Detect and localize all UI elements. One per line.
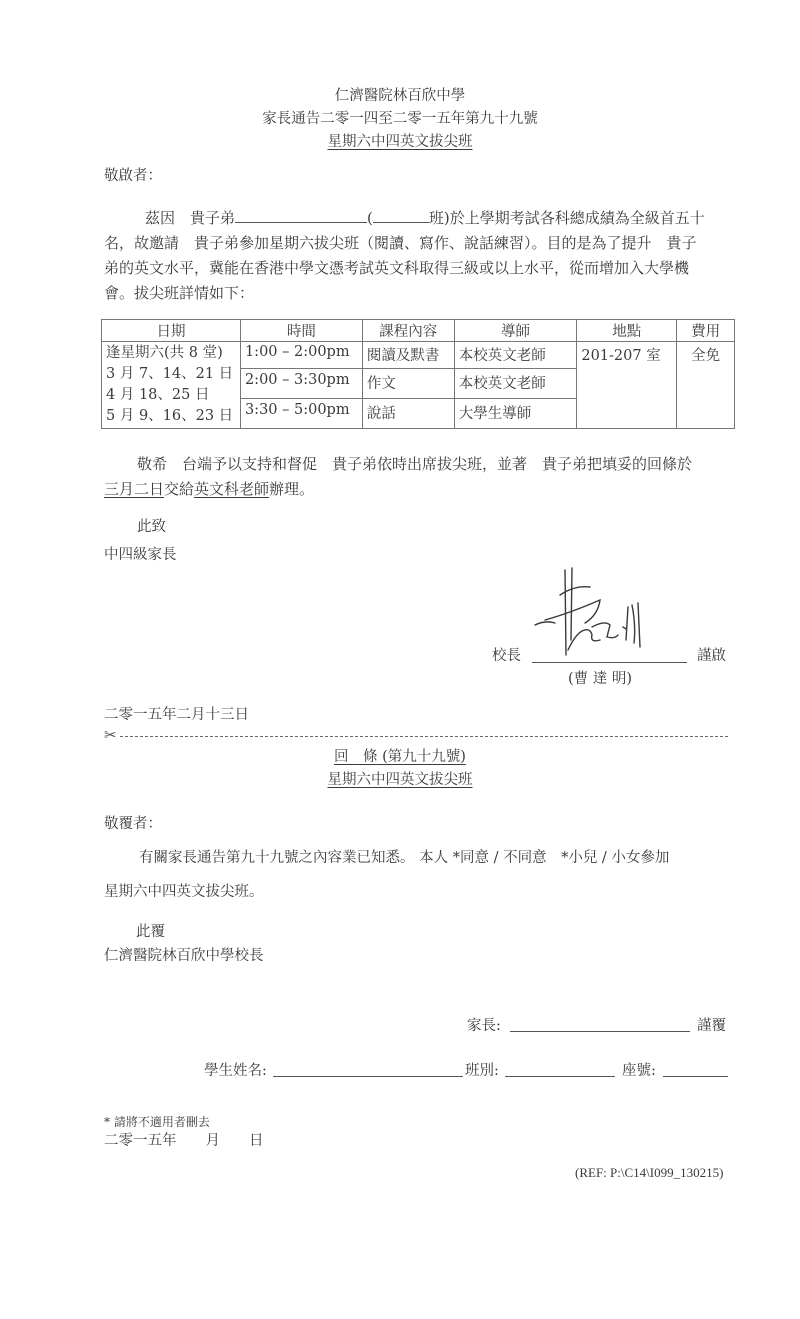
reply-title-text: 回 條 (第九十九號): [334, 749, 466, 765]
parent-signature-field[interactable]: [510, 1031, 690, 1032]
reply-salutation: 敬覆者：: [104, 814, 162, 834]
reply-date-line: 二零一五年 月 日: [104, 1131, 264, 1151]
reply-addressee: 仁濟醫院林百欣中學校長: [104, 946, 264, 966]
notice-subject-text: 星期六中四英文拔尖班: [328, 134, 473, 150]
reference-code: (REF: P:\C14\I099_130215): [575, 1165, 723, 1181]
principal-name: (曹 達 明): [568, 669, 632, 689]
table-row: 逢星期六(共 8 堂) 3 月 7、14、21 日 4 月 18、25 日 5 …: [102, 342, 735, 369]
reply-subject-text: 星期六中四英文拔尖班: [328, 772, 473, 788]
signature-line: [532, 662, 687, 663]
principal-title: 校長: [492, 646, 521, 666]
reply-body-line2: 星期六中四英文拔尖班。: [104, 882, 264, 902]
reply-body-line1: 有關家長通告第九十九號之內容業已知悉。 本人 *同意 / 不同意 *小兒 / 小…: [139, 848, 669, 868]
content-cell: 說話: [362, 399, 454, 429]
para1-line2: 名，故邀請 貴子弟參加星期六拔尖班（閱讀、寫作、說話練習）。目的是為了提升 貴子: [104, 233, 697, 253]
reply-subject: 星期六中四英文拔尖班: [0, 770, 800, 790]
content-cell: 作文: [362, 369, 454, 399]
class-blank: [373, 208, 429, 223]
tutor-cell: 本校英文老師: [454, 342, 577, 369]
student-name-blank: [235, 208, 367, 223]
content-cell: 閱讀及默書: [362, 342, 454, 369]
date-line: 3 月 7、14、21 日: [106, 364, 236, 385]
header-date: 日期: [102, 320, 241, 342]
date-line: 4 月 18、25 日: [106, 385, 236, 406]
para2-mid: 交給: [164, 480, 194, 498]
deadline: 三月二日: [104, 480, 164, 498]
tutor-cell: 本校英文老師: [454, 369, 577, 399]
date-line: 逢星期六(共 8 堂): [106, 343, 236, 364]
dates-cell: 逢星期六(共 8 堂) 3 月 7、14、21 日 4 月 18、25 日 5 …: [102, 342, 241, 429]
cut-line: [120, 736, 728, 737]
para1-intro: 茲因 貴子弟: [145, 209, 235, 227]
time-cell: 2:00 – 3:30pm: [240, 369, 362, 399]
salutation: 敬啟者：: [104, 166, 162, 186]
table-header-row: 日期 時間 課程內容 導師 地點 費用: [102, 320, 735, 342]
time-cell: 3:30 – 5:00pm: [240, 399, 362, 429]
para2-line2: 三月二日交給英文科老師辦理。: [104, 479, 314, 499]
signature-icon: [530, 565, 690, 660]
seat-no-field[interactable]: [663, 1076, 728, 1077]
reply-title: 回 條 (第九十九號): [0, 747, 800, 767]
time-cell: 1:00 – 2:00pm: [240, 342, 362, 369]
para1-line1: 茲因 貴子弟(班)於上學期考試各科總成績為全級首五十: [145, 208, 705, 228]
header-time: 時間: [240, 320, 362, 342]
addressee: 中四級家長: [104, 545, 177, 565]
fee-cell: 全免: [677, 342, 735, 429]
header-content: 課程內容: [362, 320, 454, 342]
para1-line3: 弟的英文水平，冀能在香港中學文憑考試英文科取得三級或以上水平，從而增加入大學機: [104, 258, 689, 278]
schedule-table: 日期 時間 課程內容 導師 地點 費用 逢星期六(共 8 堂) 3 月 7、14…: [101, 319, 735, 429]
reply-closing: 此覆: [136, 922, 165, 942]
scissors-icon: ✂: [104, 727, 117, 743]
signer-suffix: 謹啟: [697, 646, 726, 666]
header-tutor: 導師: [454, 320, 577, 342]
header-venue: 地點: [577, 320, 677, 342]
venue-cell: 201-207 室: [577, 342, 677, 429]
tutor-cell: 大學生導師: [454, 399, 577, 429]
student-name-field[interactable]: [273, 1076, 463, 1077]
para2-line1: 敬希 台端予以支持和督促 貴子弟依時出席拔尖班，並著 貴子弟把填妥的回條於: [137, 454, 692, 474]
notice-subject: 星期六中四英文拔尖班: [0, 132, 800, 152]
student-name-label: 學生姓名:: [204, 1061, 267, 1081]
class-label: 班別:: [465, 1061, 499, 1081]
notice-title: 家長通告二零一四至二零一五年第九十九號: [0, 109, 800, 129]
letter-date: 二零一五年二月十三日: [104, 705, 249, 725]
para1-rest: 班)於上學期考試各科總成績為全級首五十: [429, 209, 705, 227]
para2-end: 辦理。: [269, 480, 314, 498]
footnote: * 請將不適用者刪去: [104, 1115, 210, 1129]
class-field[interactable]: [505, 1076, 615, 1077]
date-line: 5 月 9、16、23 日: [106, 406, 236, 427]
seat-no-label: 座號:: [622, 1061, 656, 1081]
para1-line4: 會。拔尖班詳情如下：: [104, 283, 254, 303]
closing: 此致: [137, 517, 166, 537]
recipient: 英文科老師: [194, 480, 269, 498]
header-fee: 費用: [677, 320, 735, 342]
parent-label: 家長:: [467, 1016, 501, 1036]
school-name: 仁濟醫院林百欣中學: [0, 86, 800, 106]
parent-suffix: 謹覆: [697, 1016, 726, 1036]
